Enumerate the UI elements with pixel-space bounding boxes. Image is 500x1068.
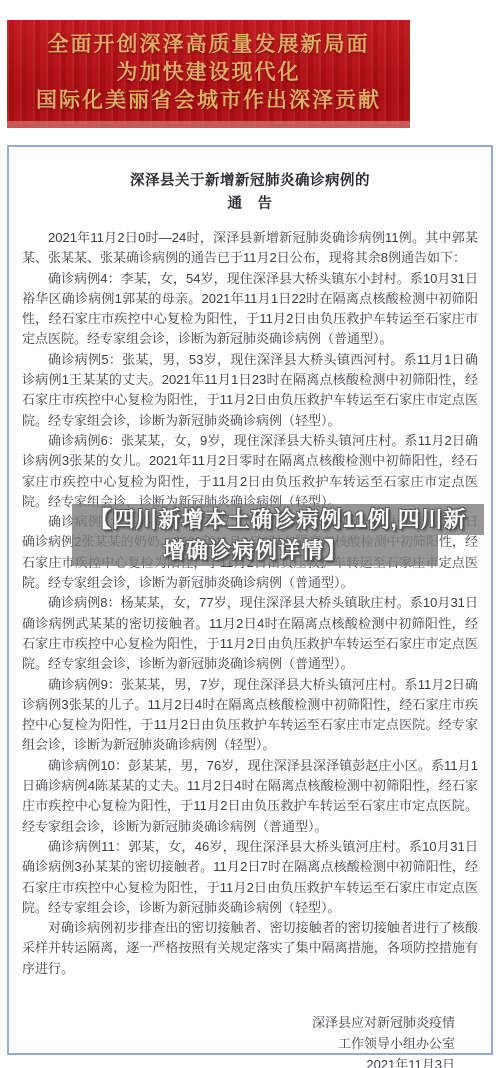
- notice-title-line-1: 深泽县关于新增新冠肺炎确诊病例的: [22, 170, 478, 193]
- banner-slogan-line-3: 国际化美丽省会城市作出深泽贡献: [7, 87, 410, 115]
- closing-paragraph: 对确诊病例初步排查出的密切接触者、密切接触者的密切接触者进行了核酸采样并转运隔离…: [22, 918, 478, 979]
- notice-title: 深泽县关于新增新冠肺炎确诊病例的 通 告: [22, 170, 478, 216]
- watermark-caption-line-2: 增确诊病例详情】: [72, 535, 438, 566]
- page: 全面开创深泽高质量发展新局面 为加快建设现代化 国际化美丽省会城市作出深泽贡献 …: [0, 0, 500, 1068]
- case-8-paragraph: 确诊病例8：杨某某，女，77岁，现住深泽县大桥头镇耿庄村。系10月31日确诊病例…: [22, 593, 478, 674]
- signature-date: 2021年11月3日: [22, 1054, 455, 1068]
- case-4-paragraph: 确诊病例4：李某，女，54岁，现住深泽县大桥头镇东小封村。系10月31日裕华区确…: [22, 269, 478, 350]
- notice-body: 2021年11月2日0时—24时，深泽县新增新冠肺炎确诊病例11例。其中郭某某、…: [22, 228, 478, 979]
- case-10-paragraph: 确诊病例10：彭某某，男，76岁，现住深泽县深泽镇彭赵庄小区。系11月1日确诊病…: [22, 756, 478, 837]
- slogan-banner: 全面开创深泽高质量发展新局面 为加快建设现代化 国际化美丽省会城市作出深泽贡献: [7, 20, 410, 128]
- watermark-caption-line-1: 【四川新增本土确诊病例11例,四川新: [72, 504, 484, 535]
- case-11-paragraph: 确诊病例11：郭某，女，46岁，现住深泽县大桥头镇河庄村。系10月31日确诊病例…: [22, 837, 478, 918]
- intro-paragraph: 2021年11月2日0时—24时，深泽县新增新冠肺炎确诊病例11例。其中郭某某、…: [22, 228, 478, 269]
- banner-slogan-line-2: 为加快建设现代化: [7, 59, 410, 87]
- case-6-paragraph: 确诊病例6：张某某，女，9岁，现住深泽县大桥头镇河庄村。系11月2日确诊病例3张…: [22, 431, 478, 512]
- signature-org-line-1: 深泽县应对新冠肺炎疫情: [22, 1012, 455, 1033]
- notice-document: 深泽县关于新增新冠肺炎确诊病例的 通 告 2021年11月2日0时—24时，深泽…: [7, 145, 493, 1055]
- signature-org-line-2: 工作领导小组办公室: [22, 1033, 455, 1054]
- case-5-paragraph: 确诊病例5：张某，男，53岁，现住深泽县大桥头镇西河村。系11月1日确诊病例1王…: [22, 350, 478, 431]
- notice-title-line-2: 通 告: [22, 193, 478, 216]
- case-9-paragraph: 确诊病例9：张某某，男，7岁，现住深泽县大桥头镇河庄村。系11月2日确诊病例3张…: [22, 675, 478, 756]
- banner-slogan-line-1: 全面开创深泽高质量发展新局面: [7, 31, 410, 59]
- signature-block: 深泽县应对新冠肺炎疫情 工作领导小组办公室 2021年11月3日: [22, 1012, 478, 1068]
